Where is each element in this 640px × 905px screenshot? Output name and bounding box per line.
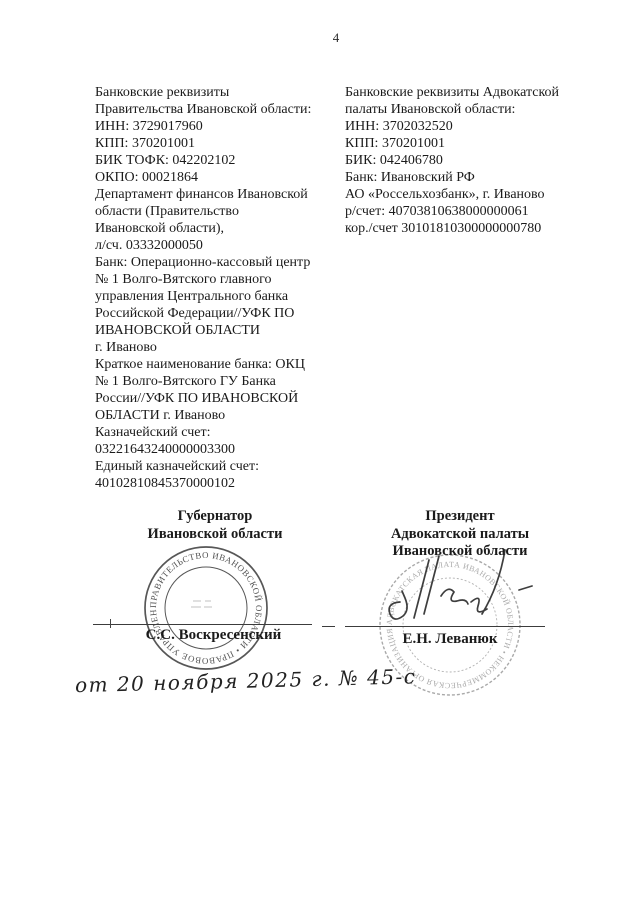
text-line: ИНН: 3702032520: [345, 118, 580, 135]
text-line: г. Иваново: [95, 339, 345, 356]
text-line: ОКПО: 00021864: [95, 169, 345, 186]
text-line: БИК: 042406780: [345, 152, 580, 169]
text-line: Российской Федерации//УФК ПО: [95, 305, 345, 322]
handwritten-note: от 20 ноября 2025 г. № 45-с: [75, 665, 396, 697]
president-name: Е.Н. Леванюк: [340, 631, 560, 648]
title-line: Ивановской области: [95, 526, 335, 544]
bank-details-left: Банковские реквизиты Правительства Ивано…: [95, 84, 345, 492]
governor-name: С.С. Воскресенский: [105, 627, 322, 644]
text-line: 03221643240000003300: [95, 441, 345, 458]
text-line: Краткое наименование банка: ОКЦ: [95, 356, 345, 373]
text-line: Правительства Ивановской области:: [95, 101, 345, 118]
text-line: палаты Ивановской области:: [345, 101, 580, 118]
text-line: Ивановской области),: [95, 220, 345, 237]
signature-line-left: [93, 624, 312, 625]
text-line: КПП: 370201001: [95, 135, 345, 152]
text-line: Департамент финансов Ивановской: [95, 186, 345, 203]
text-line: ИНН: 3729017960: [95, 118, 345, 135]
text-line: ИВАНОВСКОЙ ОБЛАСТИ: [95, 322, 345, 339]
text-line: Единый казначейский счет:: [95, 458, 345, 475]
text-line: ОБЛАСТИ г. Иваново: [95, 407, 345, 424]
text-line: России//УФК ПО ИВАНОВСКОЙ: [95, 390, 345, 407]
text-line: КПП: 370201001: [345, 135, 580, 152]
text-line: управления Центрального банка: [95, 288, 345, 305]
text-line: области (Правительство: [95, 203, 345, 220]
title-line: Президент: [350, 508, 570, 526]
title-line: Губернатор: [95, 508, 335, 526]
stamp-center-marks: [191, 601, 212, 607]
text-line: Банк: Операционно-кассовый центр: [95, 254, 345, 271]
governor-title: Губернатор Ивановской области: [95, 508, 335, 543]
text-line: л/сч. 03332000050: [95, 237, 345, 254]
text-line: БИК ТОФК: 042202102: [95, 152, 345, 169]
text-line: АО «Россельхозбанк», г. Иваново: [345, 186, 580, 203]
text-line: кор./счет 30101810300000000780: [345, 220, 580, 237]
text-line: 40102810845370000102: [95, 475, 345, 492]
text-line: Банковские реквизиты Адвокатской: [345, 84, 580, 101]
signature-line-right: [345, 626, 545, 627]
text-line: Банк: Ивановский РФ: [345, 169, 580, 186]
bank-details-right: Банковские реквизиты Адвокатской палаты …: [345, 84, 580, 237]
signature-line-right-dash: [322, 626, 335, 627]
text-line: № 1 Волго-Вятского главного: [95, 271, 345, 288]
text-line: р/счет: 40703810638000000061: [345, 203, 580, 220]
text-line: Банковские реквизиты: [95, 84, 345, 101]
government-stamp-icon: ПРАВИТЕЛЬСТВО ИВАНОВСКОЙ ОБЛАСТИ • ПРАВО…: [141, 543, 271, 673]
text-line: № 1 Волго-Вятского ГУ Банка: [95, 373, 345, 390]
document-page: 4 Банковские реквизиты Правительства Ива…: [0, 0, 640, 905]
text-line: Казначейский счет:: [95, 424, 345, 441]
stamp-outer-ring: [145, 547, 267, 669]
page-number: 4: [318, 30, 354, 46]
